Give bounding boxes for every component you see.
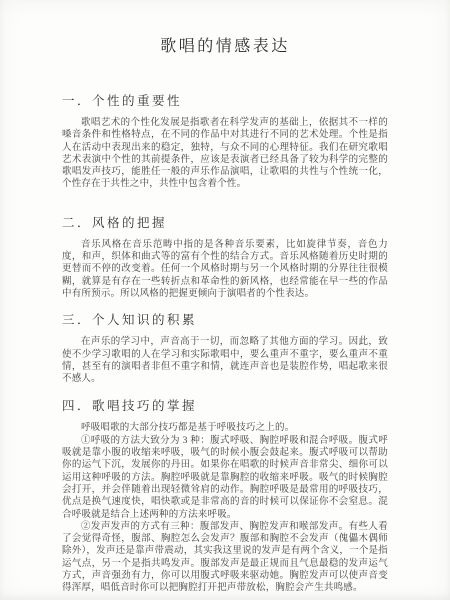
document-title: 歌唱的情感表达 (62, 36, 388, 58)
section-personality: 一．个性的重要性 歌唱艺术的个性化发展是指歌者在科学发声的基础上，依据其不一样的… (62, 93, 388, 191)
section-heading-style: 二．风格的把握 (62, 215, 388, 232)
section-heading-knowledge: 三．个人知识的积累 (62, 312, 388, 329)
paragraph: 音乐风格在音乐范畴中指的是各种音乐要素，比如旋律节奏，音色力度，和声，织体和曲式… (62, 239, 388, 300)
paragraph: ①呼吸的方法大致分为 3 种：腹式呼吸、胸腔呼吸和混合呼吸。腹式呼吸就是靠小腹的… (62, 435, 388, 521)
document-page: 歌唱的情感表达 一．个性的重要性 歌唱艺术的个性化发展是指歌者在科学发声的基础上… (0, 0, 450, 600)
section-heading-technique: 四．歌唱技巧的掌握 (62, 398, 388, 415)
paragraph: 在声乐的学习中，声音高于一切，而忽略了其他方面的学习。因此，致使不少学习歌唱的人… (62, 336, 388, 385)
paragraph: 歌唱艺术的个性化发展是指歌者在科学发声的基础上，依据其不一样的嗓音条件和性格特点… (62, 117, 388, 191)
section-technique: 四．歌唱技巧的掌握 呼吸唱歌的大部分技巧都是基于呼吸技巧之上的。 ①呼吸的方法大… (62, 398, 388, 594)
section-style: 二．风格的把握 音乐风格在音乐范畴中指的是各种音乐要素，比如旋律节奏，音色力度，… (62, 215, 388, 300)
section-knowledge: 三．个人知识的积累 在声乐的学习中，声音高于一切，而忽略了其他方面的学习。因此，… (62, 312, 388, 385)
paragraph: ②发声发声的方式有三种：腹部发声、胸腔发声和喉部发声。有些人看了会觉得奇怪，腹部… (62, 521, 388, 595)
paragraph: 呼吸唱歌的大部分技巧都是基于呼吸技巧之上的。 (62, 422, 388, 434)
section-heading-personality: 一．个性的重要性 (62, 93, 388, 110)
